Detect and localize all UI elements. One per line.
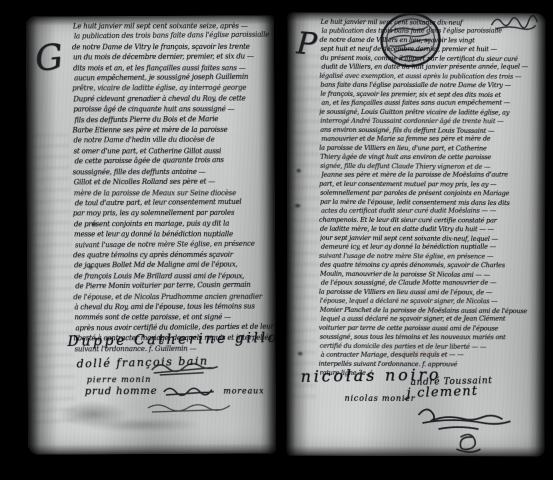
ink-smudge [83, 418, 203, 433]
manuscript-line: de laditte mère, le tout en datte dudit … [320, 225, 544, 235]
manuscript-line: Jeanne ses père et mère de la paroisse d… [321, 171, 545, 180]
left-page: G Le huit janvier mil sept cent soixante… [26, 15, 276, 454]
manuscript-line: de l'époux soussigné, de Claude Motte ma… [321, 279, 545, 288]
manuscript-line: Thiery âgée de vingt huit ans environ de… [320, 153, 544, 163]
manuscript-line: l'épouse, lequel a déclaré ne sçavoir si… [320, 297, 544, 307]
manuscript-line: interrogé André Toussaint cordonnier âgé… [320, 117, 544, 127]
signature-prudhomme: prud homme moreaux [85, 384, 265, 397]
left-page-text: Le huit janvier mil sept cent soixante s… [73, 20, 275, 354]
register-scan: G Le huit janvier mil sept cent soixante… [0, 0, 553, 480]
margin-letter-p: P [295, 26, 318, 62]
manuscript-line: an, et les fiançailles aussi faites sans… [321, 99, 545, 108]
manuscript-line: fils des deffunts Pierre du Bois et de M… [74, 113, 274, 125]
manuscript-line: dudit de Villiers, en datte du huit janv… [321, 63, 545, 72]
manuscript-line: Dupré cidevant grenadier à cheval du Roy… [73, 93, 273, 104]
manuscript-line: suivant l'usage de notre mère Ste église… [75, 238, 275, 250]
manuscript-line: la publication des trois bans faite dans… [74, 30, 274, 42]
margin-letter-g: G [33, 37, 65, 80]
manuscript-line: de Pierre Monin voiturier par terre, Cou… [75, 280, 275, 292]
manuscript-line: de présent conjoints en mariage, puis ay… [74, 218, 274, 229]
signature-moreaux: moreaux [223, 386, 264, 395]
manuscript-line: de notre Dame d'hedin ville du diocèse d… [73, 135, 273, 146]
manuscript-line: Gillot et de Nicolles Rolland ses père e… [74, 176, 274, 187]
priest-paraph-flourish [412, 403, 517, 456]
manuscript-line: solemnellement par paroles de présent co… [320, 189, 544, 199]
manuscript-line: sept huit et neuf de décembre dernier, p… [320, 45, 544, 55]
signature-j-clement: j clement [406, 384, 478, 401]
ink-bleedthrough [286, 54, 322, 400]
manuscript-line: soussigné, sous tous les témoins et les … [320, 333, 544, 343]
right-page-text: Le huit janvier mil sept cent soixante d… [320, 18, 545, 379]
ink-bleedthrough [27, 134, 76, 425]
margin-mark [293, 203, 302, 209]
manuscript-line: manouvrier et de Marie sa femme ses père… [321, 135, 545, 144]
right-page: P Le huit janvier mil sept cent soixante… [286, 13, 545, 457]
archive-stamp-number: 301399 [403, 350, 440, 358]
signature-underline-flourish [146, 402, 236, 416]
signature-paraph [162, 385, 218, 397]
manuscript-line: demeuré icy, et leur ay donné la bénédic… [321, 243, 545, 252]
margin-mark [295, 168, 302, 174]
signature-prudhomme-text: prud homme [85, 385, 158, 396]
manuscript-line: lequel a aussi déclaré ne sçavoir signer… [321, 315, 545, 324]
manuscript-line: bans faite dans l'église paroissialle de… [320, 81, 544, 91]
signature-pierre-monin: pierre monin [87, 375, 152, 384]
manuscript-line: à cheval du Roy, ami de l'épouse, tous l… [74, 301, 274, 312]
margin-mark [297, 351, 304, 357]
manuscript-line: actes du certificat dudit sieur curé dud… [321, 207, 545, 216]
manuscript-line: des quatre témoins cy après dénommés, sç… [320, 261, 544, 271]
manuscript-line: de jacques Bollet Md de Maligne ami de l… [74, 260, 274, 271]
manuscript-line: un du mois de décembre dernier, premier,… [73, 52, 273, 63]
manuscript-line: de cette paroisse âgée de quarante trois… [75, 155, 275, 167]
left-page-bottom-shadow [28, 443, 276, 454]
manuscript-line: la publication des trois bans faite dans… [322, 27, 546, 36]
signature-flourish [150, 360, 220, 376]
signature-nicolas-monier: nicolas monier [345, 394, 416, 403]
